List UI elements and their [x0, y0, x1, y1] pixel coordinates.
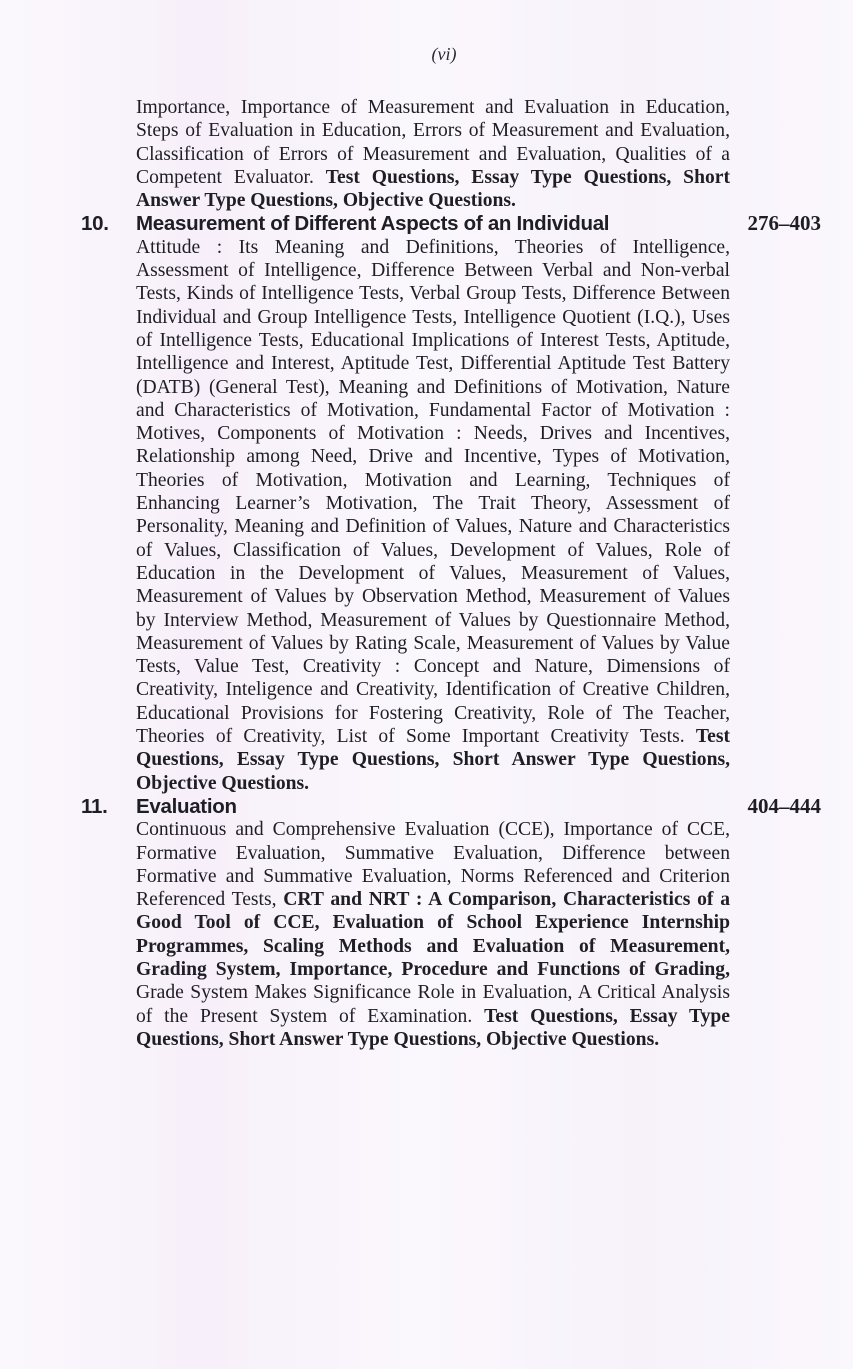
chapter-page-range: 276–403	[711, 212, 821, 235]
chapter-number: 10.	[81, 212, 136, 235]
chapter-title: Evaluation	[136, 795, 711, 818]
table-of-contents: Importance, Importance of Measurement an…	[81, 96, 821, 1051]
toc-entry-10: 10. Measurement of Different Aspects of …	[81, 212, 821, 794]
chapter-number: 11.	[81, 795, 136, 818]
page-number: (vi)	[0, 44, 853, 65]
description-text: Attitude : Its Meaning and Definitions, …	[136, 237, 730, 747]
chapter-description: Attitude : Its Meaning and Definitions, …	[136, 236, 730, 795]
continued-chapter-description: Importance, Importance of Measurement an…	[136, 96, 730, 212]
chapter-description: Continuous and Comprehensive Evaluation …	[136, 818, 730, 1051]
chapter-heading: 11. Evaluation 404–444	[81, 795, 821, 818]
chapter-page-range: 404–444	[711, 795, 821, 818]
toc-entry-11: 11. Evaluation 404–444 Continuous and Co…	[81, 795, 821, 1051]
chapter-title: Measurement of Different Aspects of an I…	[136, 212, 711, 235]
chapter-heading: 10. Measurement of Different Aspects of …	[81, 212, 821, 235]
